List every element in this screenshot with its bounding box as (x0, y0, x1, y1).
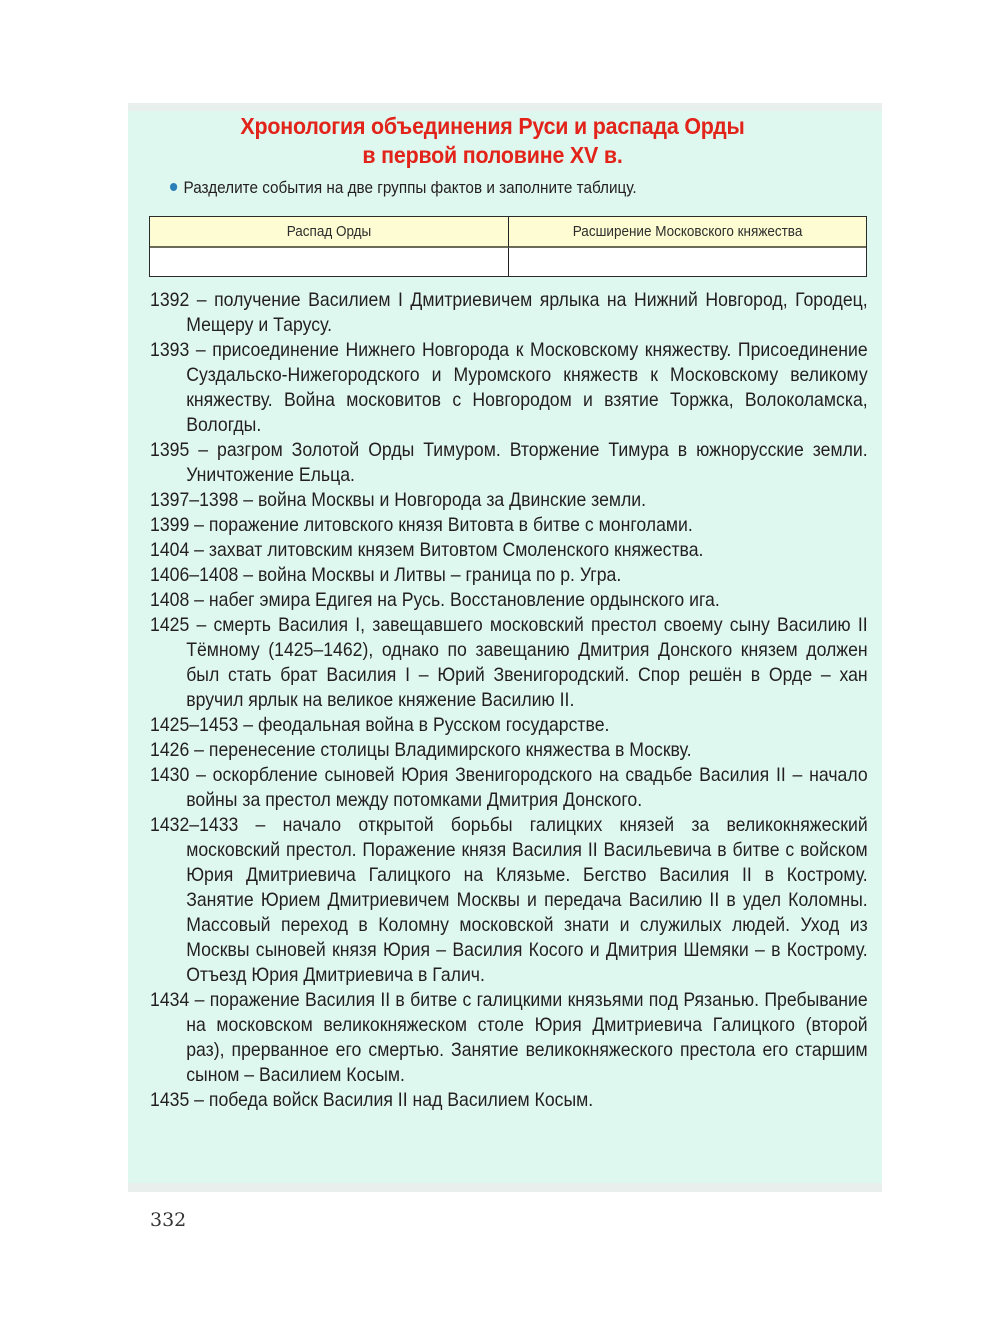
event-item: 1404 – захват литовским князем Витовтом … (150, 538, 868, 563)
event-item: 1408 – набег эмира Едигея на Русь. Восст… (150, 588, 868, 613)
event-text: смерть Василия I, завещавшего московский… (186, 614, 867, 711)
event-item: 1425 – смерть Василия I, завещавшего мос… (150, 613, 868, 713)
event-separator: – (189, 989, 209, 1011)
event-separator: – (189, 289, 214, 311)
event-date: 1393 (150, 339, 189, 361)
event-date: 1434 (150, 989, 189, 1011)
event-separator: – (238, 714, 258, 736)
event-date: 1425 (150, 614, 189, 636)
table-header-moscow-expansion: Расширение Московского княжества (509, 217, 866, 248)
event-text: присоединение Нижнего Новгорода к Москов… (186, 339, 867, 436)
event-text: захват литовским князем Витовтом Смоленс… (209, 539, 704, 561)
event-date: 1395 (150, 439, 189, 461)
event-text: феодальная война в Русском государстве. (258, 714, 609, 736)
event-date: 1404 (150, 539, 189, 561)
event-item: 1393 – присоединение Нижнего Новгорода к… (150, 338, 868, 438)
event-text: поражение Василия II в битве с галицкими… (186, 989, 867, 1086)
event-date: 1432–1433 (150, 814, 238, 836)
event-item: 1432–1433 – начало открытой борьбы галиц… (150, 813, 868, 988)
event-item: 1426 – перенесение столицы Владимирского… (150, 738, 868, 763)
bullet-icon (170, 183, 177, 191)
event-text: получение Василием I Дмитриевичем ярлыка… (186, 289, 867, 336)
event-item: 1434 – поражение Василия II в битве с га… (150, 988, 868, 1088)
table-header-horde-collapse: Распад Орды (150, 217, 509, 248)
event-date: 1426 (150, 739, 189, 761)
title-line-2: в первой половине XV в. (34, 141, 950, 170)
event-item: 1425–1453 – феодальная война в Русском г… (150, 713, 868, 738)
table-cell-moscow-expansion[interactable] (509, 248, 866, 276)
event-date: 1408 (150, 589, 189, 611)
event-item: 1397–1398 – война Москвы и Новгорода за … (150, 488, 868, 513)
event-text: разгром Золотой Орды Тимуром. Вторжение … (186, 439, 867, 486)
event-text: оскорбление сыновей Юрия Звенигородского… (186, 764, 867, 811)
instruction-text: Разделите события на две группы фактов и… (184, 178, 637, 197)
page-number: 332 (150, 1209, 186, 1231)
event-text: набег эмира Едигея на Русь. Восстановлен… (209, 589, 720, 611)
table-cell-horde-collapse[interactable] (150, 248, 509, 276)
event-text: война Москвы и Литвы – граница по р. Угр… (258, 564, 621, 586)
event-date: 1425–1453 (150, 714, 238, 736)
event-item: 1399 – поражение литовского князя Витовт… (150, 513, 868, 538)
events-list: 1392 – получение Василием I Дмитриевичем… (150, 288, 868, 1113)
event-item: 1430 – оскорбление сыновей Юрия Звенигор… (150, 763, 868, 813)
event-item: 1392 – получение Василием I Дмитриевичем… (150, 288, 868, 338)
event-date: 1397–1398 (150, 489, 238, 511)
event-item: 1406–1408 – война Москвы и Литвы – грани… (150, 563, 868, 588)
event-separator: – (238, 564, 258, 586)
event-separator: – (189, 614, 213, 636)
event-separator: – (238, 814, 282, 836)
event-text: начало открытой борьбы галицких князей з… (186, 814, 867, 986)
event-separator: – (189, 514, 209, 536)
event-date: 1406–1408 (150, 564, 238, 586)
event-text: перенесение столицы Владимирского княжес… (209, 739, 692, 761)
event-date: 1435 (150, 1089, 189, 1111)
event-separator: – (189, 739, 209, 761)
event-separator: – (189, 339, 212, 361)
event-separator: – (238, 489, 258, 511)
event-separator: – (189, 539, 209, 561)
event-date: 1392 (150, 289, 189, 311)
event-text: победа войск Василия II над Василием Кос… (209, 1089, 593, 1111)
event-separator: – (189, 439, 217, 461)
event-text: война Москвы и Новгорода за Двинские зем… (258, 489, 646, 511)
event-separator: – (189, 589, 209, 611)
page-title: Хронология объединения Руси и распада Ор… (34, 112, 950, 170)
event-date: 1399 (150, 514, 189, 536)
event-date: 1430 (150, 764, 189, 786)
event-item: 1395 – разгром Золотой Орды Тимуром. Вто… (150, 438, 868, 488)
event-separator: – (189, 764, 212, 786)
task-table: Распад Орды Расширение Московского княже… (149, 216, 867, 277)
task-instruction: Разделите события на две группы фактов и… (170, 177, 637, 199)
event-text: поражение литовского князя Витовта в бит… (209, 514, 693, 536)
event-separator: – (189, 1089, 209, 1111)
event-item: 1435 – победа войск Василия II над Васил… (150, 1088, 868, 1113)
title-line-1: Хронология объединения Руси и распада Ор… (34, 112, 950, 141)
